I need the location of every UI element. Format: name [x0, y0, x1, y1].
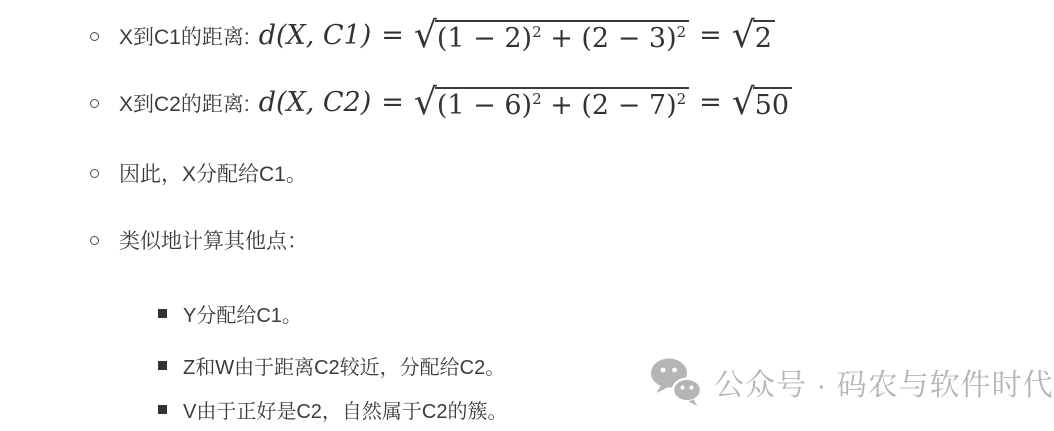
radical-icon: √ — [732, 17, 755, 55]
distance-formula-c2: d(X, C2) = √ (1 − 6)2 + (2 − 7)2 = √ 50 — [259, 84, 792, 122]
equals-sign: = — [381, 20, 404, 51]
sub-list-item-y: Y分配给C1。 — [158, 299, 302, 327]
subitem-text: Y分配给C1。 — [183, 299, 302, 328]
equals-sign: = — [381, 87, 404, 118]
math-function: d(X, C2) — [259, 87, 372, 118]
item-label: X到C1的距离: — [119, 21, 250, 51]
square-root: √ 2 — [732, 17, 775, 55]
circle-bullet-icon — [90, 169, 99, 178]
radicand-part: (1 − 6) — [437, 90, 532, 121]
list-item-distance-c1: X到C1的距离: d(X, C1) = √ (1 − 2)2 + (2 − 3)… — [90, 12, 775, 60]
exponent: 2 — [532, 90, 542, 108]
square-root: √ (1 − 6)2 + (2 − 7)2 — [414, 84, 689, 122]
subitem-text: V由于正好是C2，自然属于C2的簇。 — [183, 395, 507, 424]
item-text: 因此，X分配给C1。 — [119, 158, 307, 188]
item-label: X到C2的距离: — [119, 88, 250, 118]
circle-bullet-icon — [90, 236, 99, 245]
subitem-text: Z和W由于距离C2较近，分配给C2。 — [183, 351, 505, 380]
square-bullet-icon — [158, 309, 167, 318]
list-item-conclusion: 因此，X分配给C1。 — [90, 158, 307, 188]
radical-icon: √ — [414, 84, 437, 122]
equals-sign: = — [699, 20, 722, 51]
exponent: 2 — [532, 23, 542, 41]
circle-bullet-icon — [90, 32, 99, 41]
watermark-text: 公众号 · 码农与软件时代 — [714, 360, 1054, 404]
exponent: 2 — [677, 90, 687, 108]
radical-icon: √ — [732, 84, 755, 122]
sub-list-item-v: V由于正好是C2，自然属于C2的簇。 — [158, 395, 507, 423]
radicand: (1 − 6)2 + (2 − 7)2 — [435, 87, 689, 122]
square-root: √ 50 — [732, 84, 792, 122]
radical-icon: √ — [414, 17, 437, 55]
math-function: d(X, C1) — [259, 20, 372, 51]
radicand: 50 — [753, 87, 792, 122]
equals-sign: = — [699, 87, 722, 118]
radicand: (1 − 2)2 + (2 − 3)2 — [435, 20, 689, 55]
sub-list-item-zw: Z和W由于距离C2较近，分配给C2。 — [158, 351, 505, 379]
circle-bullet-icon — [90, 99, 99, 108]
radicand: 2 — [753, 20, 775, 55]
exponent: 2 — [677, 23, 687, 41]
square-bullet-icon — [158, 361, 167, 370]
radicand-part: + (2 − 3) — [542, 23, 677, 54]
square-bullet-icon — [158, 405, 167, 414]
distance-formula-c1: d(X, C1) = √ (1 − 2)2 + (2 − 3)2 = √ 2 — [259, 17, 775, 55]
square-root: √ (1 − 2)2 + (2 − 3)2 — [414, 17, 689, 55]
watermark: 公众号 · 码农与软件时代 — [650, 356, 1054, 408]
item-text: 类似地计算其他点： — [119, 225, 308, 255]
list-item-distance-c2: X到C2的距离: d(X, C2) = √ (1 − 6)2 + (2 − 7)… — [90, 79, 792, 127]
list-item-other-points: 类似地计算其他点： — [90, 225, 308, 255]
wechat-logo-icon — [650, 356, 702, 408]
radicand-part: + (2 − 7) — [542, 90, 677, 121]
radicand-part: (1 − 2) — [437, 23, 532, 54]
